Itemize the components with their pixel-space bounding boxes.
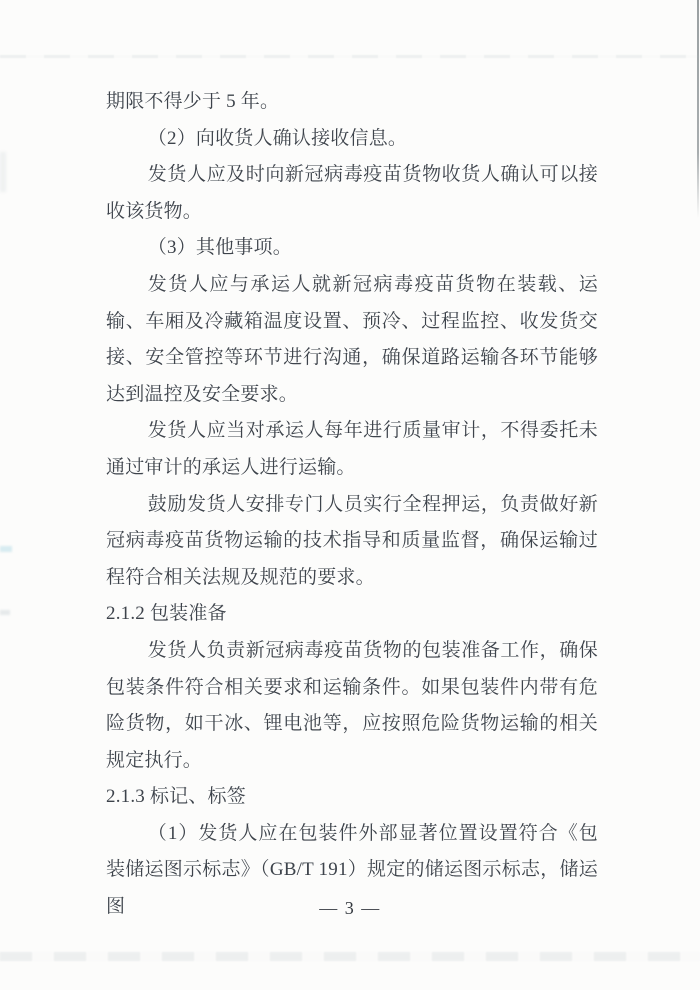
paragraph: （3）其他事项。: [106, 230, 598, 267]
section-heading: 2.1.3 标记、标签: [106, 779, 598, 816]
scan-artifact-bottom-band: [0, 952, 700, 961]
scan-artifact-left-mark: [0, 152, 6, 192]
paragraph: 发货人应当对承运人每年进行质量审计，不得委托未通过审计的承运人进行运输。: [106, 413, 598, 486]
page-number: — 3 —: [0, 898, 700, 919]
paragraph: 发货人应与承运人就新冠病毒疫苗货物在装载、运输、车厢及冷藏箱温度设置、预冷、过程…: [106, 267, 598, 413]
scan-artifact-top-streak: [0, 55, 700, 58]
paragraph: 发货人应及时向新冠病毒疫苗货物收货人确认可以接收该货物。: [106, 157, 598, 230]
document-body: 期限不得少于 5 年。（2）向收货人确认接收信息。发货人应及时向新冠病毒疫苗货物…: [106, 84, 598, 926]
paragraph: 发货人负责新冠病毒疫苗货物的包装准备工作，确保包装条件符合相关要求和运输条件。如…: [106, 633, 598, 779]
paragraph: 鼓励发货人安排专门人员实行全程押运，负责做好新冠病毒疫苗货物运输的技术指导和质量…: [106, 487, 598, 597]
scan-artifact-left-mark: [0, 610, 10, 615]
document-page: 期限不得少于 5 年。（2）向收货人确认接收信息。发货人应及时向新冠病毒疫苗货物…: [0, 0, 700, 990]
paragraph: （2）向收货人确认接收信息。: [106, 121, 598, 158]
scan-artifact-left-mark: [0, 546, 12, 552]
section-heading: 2.1.2 包装准备: [106, 596, 598, 633]
scan-artifact-right-edge-line: [697, 0, 699, 218]
paragraph: 期限不得少于 5 年。: [106, 84, 598, 121]
